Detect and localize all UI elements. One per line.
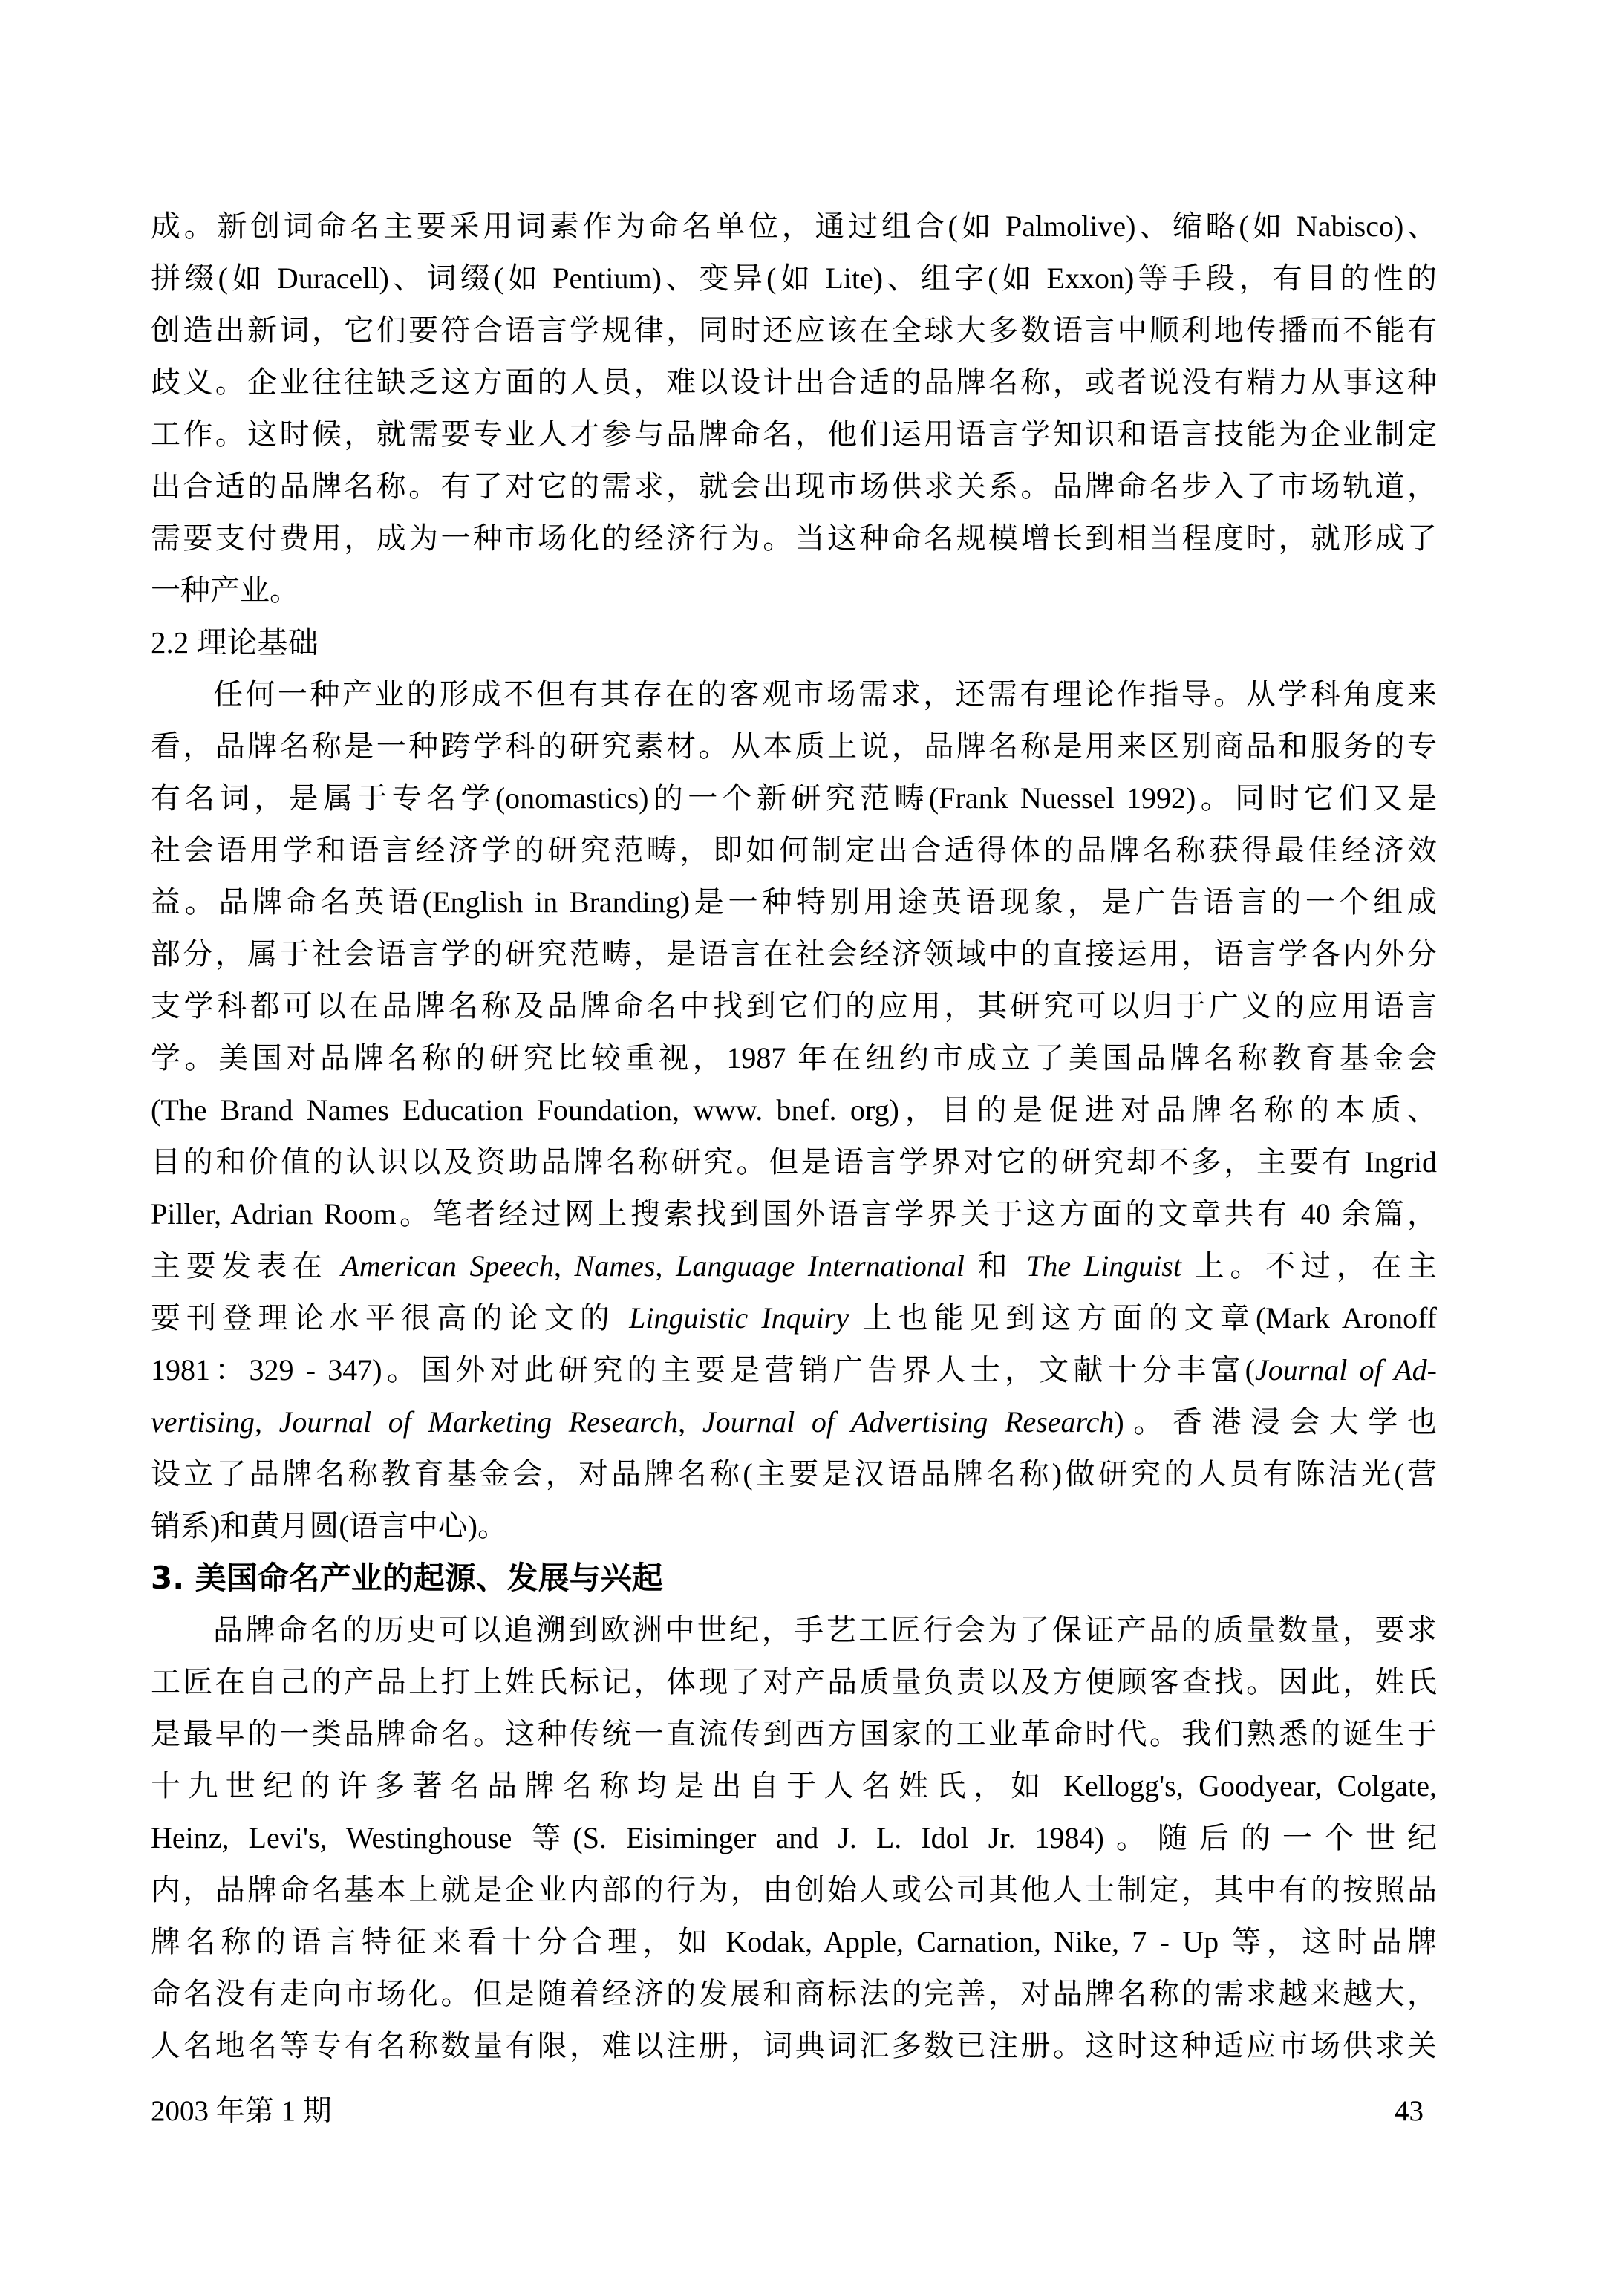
italic-journal-title: Journal of Ad- xyxy=(1255,1353,1437,1387)
text-run: 要刊登理论水平很高的论文的 xyxy=(151,1301,629,1335)
text-run: 工作。这时候，就需要专业人才参与品牌命名，他们运用语言学知识和语言技能为企业制定 xyxy=(151,417,1437,451)
text-run: 是最早的一类品牌命名。这种传统一直流传到西方国家的工业革命时代。我们熟悉的诞生于 xyxy=(151,1717,1437,1750)
text-run: 需要支付费用，成为一种市场化的经济行为。当这种命名规模增长到相当程度时，就形成了 xyxy=(151,521,1437,555)
text-run: 目的和价值的认识以及资助品牌名称研究。但是语言学界对它的研究却不多，主要有 In… xyxy=(151,1145,1437,1179)
text-line: 牌名称的语言特征来看十分合理，如 Kodak, Apple, Carnation… xyxy=(151,1916,1437,1968)
text-run: , xyxy=(255,1405,279,1439)
text-line: 社会语用学和语言经济学的研究范畴，即如何制定出合适得体的品牌名称获得最佳经济效 xyxy=(151,824,1437,876)
text-run: 命名没有走向市场化。但是随着经济的发展和商标法的完善，对品牌名称的需求越来越大， xyxy=(151,1977,1437,2010)
text-line: 益。品牌命名英语(English in Branding)是一种特别用途英语现象… xyxy=(151,876,1437,928)
text-run: 2.2 理论基础 xyxy=(151,625,319,659)
text-run: 益。品牌命名英语(English in Branding)是一种特别用途英语现象… xyxy=(151,885,1437,919)
text-line: 歧义。企业往往缺乏这方面的人员，难以设计出合适的品牌名称，或者说没有精力从事这种 xyxy=(151,356,1437,408)
text-line: 要刊登理论水平很高的论文的 Linguistic Inquiry 上也能见到这方… xyxy=(151,1292,1437,1344)
text-run: 部分，属于社会语言学的研究范畴，是语言在社会经济领域中的直接运用，语言学各内外分 xyxy=(151,937,1437,971)
italic-journal-title: vertising xyxy=(151,1405,255,1439)
text-run: 设立了品牌名称教育基金会，对品牌名称(主要是汉语品牌名称)做研究的人员有陈洁光(… xyxy=(151,1457,1437,1491)
text-run: 人名地名等专有名称数量有限，难以注册，词典词汇多数已注册。这时这种适应市场供求关 xyxy=(151,2029,1437,2062)
text-run: 歧义。企业往往缺乏这方面的人员，难以设计出合适的品牌名称，或者说没有精力从事这种 xyxy=(151,365,1437,399)
text-line: 创造出新词，它们要符合语言学规律，同时还应该在全球大多数语言中顺利地传播而不能有 xyxy=(151,304,1437,356)
text-run: 主要发表在 xyxy=(151,1249,341,1283)
italic-journal-title: Names xyxy=(575,1249,656,1283)
text-line: 需要支付费用，成为一种市场化的经济行为。当这种命名规模增长到相当程度时，就形成了 xyxy=(151,512,1437,564)
text-line: Piller, Adrian Room。笔者经过网上搜索找到国外语言学界关于这方… xyxy=(151,1188,1437,1240)
journal-page: 成。新创词命名主要采用词素作为命名单位，通过组合(如 Palmolive)、缩略… xyxy=(0,0,1624,2280)
text-line: 出合适的品牌名称。有了对它的需求，就会出现市场供求关系。品牌命名步入了市场轨道， xyxy=(151,460,1437,512)
text-run: 一种产业。 xyxy=(151,573,299,607)
text-run: 成。新创词命名主要采用词素作为命名单位，通过组合(如 Palmolive)、缩略… xyxy=(151,209,1437,243)
text-run: 支学科都可以在品牌名称及品牌命名中找到它们的应用，其研究可以归于广义的应用语言 xyxy=(151,989,1437,1023)
text-line: 人名地名等专有名称数量有限，难以注册，词典词汇多数已注册。这时这种适应市场供求关 xyxy=(151,2020,1437,2072)
text-line: Heinz, Levi's, Westinghouse 等(S. Eisimin… xyxy=(151,1812,1437,1864)
text-line: 销系)和黄月圆(语言中心)。 xyxy=(151,1500,1437,1552)
text-line: 一种产业。 xyxy=(151,564,1437,616)
text-line: 1981：329 - 347)。国外对此研究的主要是营销广告界人士，文献十分丰富… xyxy=(151,1344,1437,1396)
text-run: 上也能见到这方面的文章(Mark Aronoff xyxy=(849,1301,1437,1335)
italic-journal-title: Linguistic Inquiry xyxy=(629,1301,849,1335)
text-run: (The Brand Names Education Foundation, w… xyxy=(151,1093,1437,1127)
italic-journal-title: Language International xyxy=(676,1249,965,1283)
italic-journal-title: Journal of Marketing Research xyxy=(279,1405,679,1439)
text-line: 有名词，是属于专名学(onomastics)的一个新研究范畴(Frank Nue… xyxy=(151,772,1437,824)
text-line: 成。新创词命名主要采用词素作为命名单位，通过组合(如 Palmolive)、缩略… xyxy=(151,201,1437,253)
text-run: 社会语用学和语言经济学的研究范畴，即如何制定出合适得体的品牌名称获得最佳经济效 xyxy=(151,833,1437,867)
text-line: 命名没有走向市场化。但是随着经济的发展和商标法的完善，对品牌名称的需求越来越大， xyxy=(151,1968,1437,2020)
text-run: 学。美国对品牌名称的研究比较重视，1987 年在纽约市成立了美国品牌名称教育基金… xyxy=(151,1041,1437,1075)
text-line: 看，品牌名称是一种跨学科的研究素材。从本质上说，品牌名称是用来区别商品和服务的专 xyxy=(151,720,1437,772)
text-line: 学。美国对品牌名称的研究比较重视，1987 年在纽约市成立了美国品牌名称教育基金… xyxy=(151,1032,1437,1084)
text-line: 内，品牌命名基本上就是企业内部的行为，由创始人或公司其他人士制定，其中有的按照品 xyxy=(151,1864,1437,1916)
page-footer: 2003 年第 1 期 43 xyxy=(151,2094,1437,2128)
text-run: 出合适的品牌名称。有了对它的需求，就会出现市场供求关系。品牌命名步入了市场轨道， xyxy=(151,469,1437,503)
text-line: 设立了品牌名称教育基金会，对品牌名称(主要是汉语品牌名称)做研究的人员有陈洁光(… xyxy=(151,1448,1437,1500)
text-run: 上。不过，在主 xyxy=(1181,1249,1437,1283)
text-run: 创造出新词，它们要符合语言学规律，同时还应该在全球大多数语言中顺利地传播而不能有 xyxy=(151,313,1437,347)
text-run: Piller, Adrian Room。笔者经过网上搜索找到国外语言学界关于这方… xyxy=(151,1197,1437,1231)
text-line: 任何一种产业的形成不但有其存在的客观市场需求，还需有理论作指导。从学科角度来 xyxy=(151,668,1437,720)
text-line: 支学科都可以在品牌名称及品牌命名中找到它们的应用，其研究可以归于广义的应用语言 xyxy=(151,980,1437,1032)
text-run: 销系)和黄月圆(语言中心)。 xyxy=(151,1509,507,1543)
text-line: (The Brand Names Education Foundation, w… xyxy=(151,1084,1437,1136)
text-run: )。香港浸会大学也 xyxy=(1114,1405,1437,1439)
text-run: 和 xyxy=(965,1249,1026,1283)
section-3-heading: 3. 美国命名产业的起源、发展与兴起 xyxy=(151,1552,1437,1604)
text-line: 工作。这时候，就需要专业人才参与品牌命名，他们运用语言学知识和语言技能为企业制定 xyxy=(151,408,1437,460)
text-line: 工匠在自己的产品上打上姓氏标记，体现了对产品质量负责以及方便顾客查找。因此，姓氏 xyxy=(151,1656,1437,1708)
text-run: 十九世纪的许多著名品牌名称均是出自于人名姓氏，如 Kellogg's, Good… xyxy=(151,1769,1437,1802)
text-line: 部分，属于社会语言学的研究范畴，是语言在社会经济领域中的直接运用，语言学各内外分 xyxy=(151,928,1437,980)
text-line: 目的和价值的认识以及资助品牌名称研究。但是语言学界对它的研究却不多，主要有 In… xyxy=(151,1136,1437,1188)
page-number: 43 xyxy=(1395,2094,1424,2128)
text-run: 品牌命名的历史可以追溯到欧洲中世纪，手艺工匠行会为了保证产品的质量数量，要求 xyxy=(213,1613,1437,1647)
article-body: 成。新创词命名主要采用词素作为命名单位，通过组合(如 Palmolive)、缩略… xyxy=(151,201,1437,2072)
text-line: vertising, Journal of Marketing Research… xyxy=(151,1396,1437,1448)
text-run: 3. 美国命名产业的起源、发展与兴起 xyxy=(151,1560,663,1596)
text-run: , xyxy=(655,1249,676,1283)
text-run: 任何一种产业的形成不但有其存在的客观市场需求，还需有理论作指导。从学科角度来 xyxy=(213,677,1437,711)
text-line: 十九世纪的许多著名品牌名称均是出自于人名姓氏，如 Kellogg's, Good… xyxy=(151,1760,1437,1812)
italic-journal-title: Journal of Advertising Research xyxy=(702,1405,1115,1439)
text-run: 1981：329 - 347)。国外对此研究的主要是营销广告界人士，文献十分丰富… xyxy=(151,1353,1255,1387)
text-run: 拼缀(如 Duracell)、词缀(如 Pentium)、变异(如 Lite)、… xyxy=(151,261,1437,295)
text-run: 看，品牌名称是一种跨学科的研究素材。从本质上说，品牌名称是用来区别商品和服务的专 xyxy=(151,729,1437,763)
text-run: 牌名称的语言特征来看十分合理，如 Kodak, Apple, Carnation… xyxy=(151,1925,1437,1958)
text-line: 拼缀(如 Duracell)、词缀(如 Pentium)、变异(如 Lite)、… xyxy=(151,253,1437,304)
section-2-2-heading: 2.2 理论基础 xyxy=(151,616,1437,668)
text-run: , xyxy=(678,1405,702,1439)
journal-issue-label: 2003 年第 1 期 xyxy=(151,2094,332,2128)
text-line: 是最早的一类品牌命名。这种传统一直流传到西方国家的工业革命时代。我们熟悉的诞生于 xyxy=(151,1708,1437,1760)
text-run: 工匠在自己的产品上打上姓氏标记，体现了对产品质量负责以及方便顾客查找。因此，姓氏 xyxy=(151,1665,1437,1698)
italic-journal-title: The Linguist xyxy=(1026,1249,1181,1283)
text-run: Heinz, Levi's, Westinghouse 等(S. Eisimin… xyxy=(151,1821,1437,1854)
text-run: , xyxy=(554,1249,575,1283)
text-run: 内，品牌命名基本上就是企业内部的行为，由创始人或公司其他人士制定，其中有的按照品 xyxy=(151,1873,1437,1906)
text-line: 主要发表在 American Speech, Names, Language I… xyxy=(151,1240,1437,1292)
italic-journal-title: American Speech xyxy=(341,1249,554,1283)
text-line: 品牌命名的历史可以追溯到欧洲中世纪，手艺工匠行会为了保证产品的质量数量，要求 xyxy=(151,1604,1437,1656)
text-run: 有名词，是属于专名学(onomastics)的一个新研究范畴(Frank Nue… xyxy=(151,781,1437,815)
